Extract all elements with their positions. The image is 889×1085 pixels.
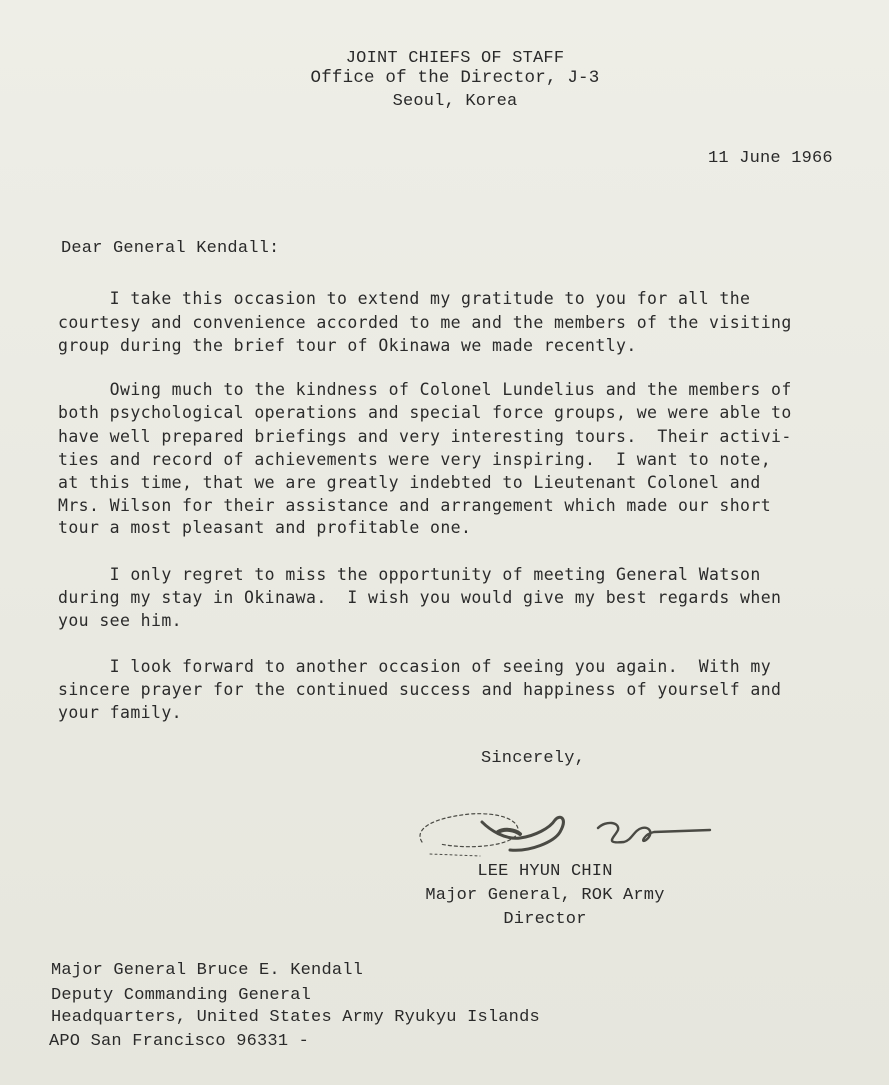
paragraph-line: ties and record of achievements were ver…: [58, 450, 771, 469]
paragraph-line: have well prepared briefings and very in…: [58, 427, 792, 446]
letter-date: 11 June 1966: [708, 149, 833, 168]
letterhead-location: Seoul, Korea: [290, 92, 620, 111]
signatory-name: LEE HYUN CHIN: [420, 862, 670, 881]
paragraph-line: sincere prayer for the continued success…: [58, 680, 781, 699]
recipient-line: Deputy Commanding General: [51, 986, 311, 1005]
letter-page: JOINT CHIEFS OF STAFF Office of the Dire…: [0, 0, 889, 1085]
paragraph-line: both psychological operations and specia…: [58, 403, 792, 422]
paragraph-line: Mrs. Wilson for their assistance and arr…: [58, 496, 771, 515]
paragraph-line: I look forward to another occasion of se…: [58, 657, 771, 676]
salutation: Dear General Kendall:: [61, 239, 279, 258]
letterhead-org: JOINT CHIEFS OF STAFF: [290, 49, 620, 68]
paragraph-line: I take this occasion to extend my gratit…: [58, 289, 750, 308]
paragraph-line: tour a most pleasant and profitable one.: [58, 518, 471, 537]
recipient-line: APO San Francisco 96331 -: [49, 1032, 309, 1051]
signatory-rank: Major General, ROK Army: [420, 886, 670, 905]
letterhead-office: Office of the Director, J-3: [290, 68, 620, 88]
recipient-line: Headquarters, United States Army Ryukyu …: [51, 1008, 540, 1027]
paragraph-line: group during the brief tour of Okinawa w…: [58, 336, 637, 355]
signatory-title: Director: [420, 910, 670, 929]
paragraph-line: courtesy and convenience accorded to me …: [58, 313, 792, 332]
paragraph-line: your family.: [58, 703, 182, 722]
handwritten-signature: [410, 800, 720, 860]
paragraph-line: I only regret to miss the opportunity of…: [58, 565, 761, 584]
paragraph-line: Owing much to the kindness of Colonel Lu…: [58, 380, 792, 399]
paragraph-line: you see him.: [58, 611, 182, 630]
paragraph-line: during my stay in Okinawa. I wish you wo…: [58, 588, 781, 607]
recipient-line: Major General Bruce E. Kendall: [51, 961, 363, 980]
closing: Sincerely,: [481, 749, 585, 768]
paragraph-line: at this time, that we are greatly indebt…: [58, 473, 761, 492]
